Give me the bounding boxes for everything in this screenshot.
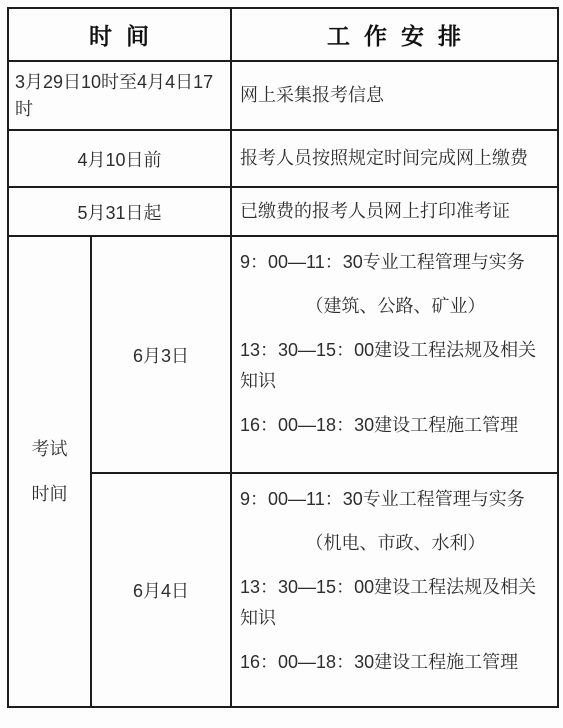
payment-task-cell: 报考人员按照规定时间完成网上缴费 [231, 130, 558, 187]
exam-sessions-cell-day2: 9：00—11：30专业工程管理与实务 （机电、市政、水利） 13：30—15：… [231, 473, 558, 707]
session-line: 16：00—18：30建设工程施工管理 [240, 647, 551, 678]
table-row: 4月10日前 报考人员按照规定时间完成网上缴费 [8, 130, 558, 187]
session-line: 16：00—18：30建设工程施工管理 [240, 410, 551, 441]
exam-date-cell-day1: 6月3日 [91, 236, 231, 473]
session-line: 9：00—11：30专业工程管理与实务 [240, 247, 551, 278]
payment-deadline-cell: 4月10日前 [8, 130, 231, 187]
registration-period-cell: 3月29日10时至4月4日17时 [8, 61, 231, 130]
exam-schedule-page: 时间 工作安排 3月29日10时至4月4日17时 网上采集报考信息 4月10日前… [0, 0, 563, 728]
header-cell-work: 工作安排 [231, 8, 558, 61]
session-subjects-line: （建筑、公路、矿业） [240, 291, 551, 322]
ticket-print-date-cell: 5月31日起 [8, 187, 231, 236]
exam-day-row: 考试 时间 6月3日 9：00—11：30专业工程管理与实务 （建筑、公路、矿业… [8, 236, 558, 473]
table-row: 3月29日10时至4月4日17时 网上采集报考信息 [8, 61, 558, 130]
session-line: 9：00—11：30专业工程管理与实务 [240, 484, 551, 515]
session-line: 13：30—15：00建设工程法规及相关知识 [240, 335, 551, 397]
exam-label-line-2: 时间 [10, 472, 89, 517]
exam-schedule-table: 时间 工作安排 3月29日10时至4月4日17时 网上采集报考信息 4月10日前… [7, 7, 559, 708]
registration-task-cell: 网上采集报考信息 [231, 61, 558, 130]
exam-day-row: 6月4日 9：00—11：30专业工程管理与实务 （机电、市政、水利） 13：3… [8, 473, 558, 707]
ticket-print-task-cell: 已缴费的报考人员网上打印准考证 [231, 187, 558, 236]
exam-label-line-1: 考试 [10, 427, 89, 472]
session-line: 13：30—15：00建设工程法规及相关知识 [240, 572, 551, 634]
exam-sessions-cell-day1: 9：00—11：30专业工程管理与实务 （建筑、公路、矿业） 13：30—15：… [231, 236, 558, 473]
header-cell-time: 时间 [8, 8, 231, 61]
table-row: 5月31日起 已缴费的报考人员网上打印准考证 [8, 187, 558, 236]
session-subjects-line: （机电、市政、水利） [240, 528, 551, 559]
header-row: 时间 工作安排 [8, 8, 558, 61]
exam-date-cell-day2: 6月4日 [91, 473, 231, 707]
exam-time-label-cell: 考试 时间 [8, 236, 91, 707]
